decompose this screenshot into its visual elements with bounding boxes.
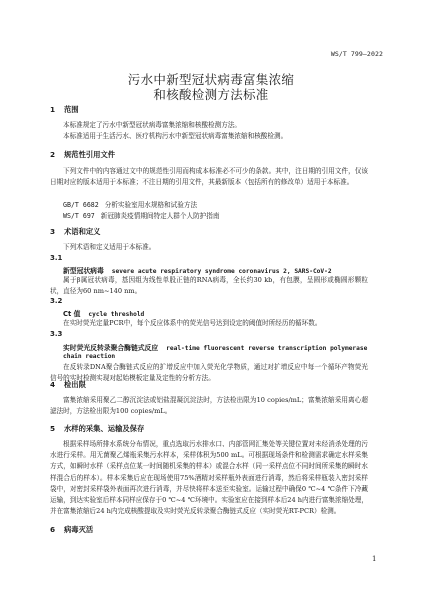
clause-number: 3.3 — [50, 330, 62, 338]
term-english: severe acute respiratory syndrome corona… — [112, 268, 332, 275]
term-chinese: Ct 值 — [63, 310, 80, 318]
section-number: 1 — [50, 105, 64, 114]
term-entry: 实时荧光反转录聚合酶链式反应real-time fluorescent reve… — [63, 342, 367, 352]
section-title: 规范性引用文件 — [64, 150, 115, 159]
section-number: 4 — [50, 380, 64, 389]
reference-title: 新冠肺炎疫情期间特定人群个人防护指南 — [101, 212, 220, 220]
document-title-line-2: 和核酸检测方法标准 — [0, 85, 422, 103]
document-page: WS/T 799—2022 污水中新型冠状病毒富集浓缩 和核酸检测方法标准 1范… — [0, 0, 422, 596]
term-english: real-time fluorescent reverse transcript… — [166, 345, 367, 352]
reference-item: GB/T 6682分析实验室用水规格和试验方法 — [63, 199, 197, 209]
reference-item: WS/T 697新冠肺炎疫情期间特定人群个人防护指南 — [63, 210, 219, 220]
term-entry: 新型冠状病毒severe acute respiratory syndrome … — [63, 265, 332, 275]
section-number: 3 — [50, 227, 64, 236]
term-chinese: 实时荧光反转录聚合酶链式反应 — [63, 344, 158, 352]
section-number: 5 — [50, 424, 64, 433]
section-number: 2 — [50, 150, 64, 159]
section-title: 检出限 — [64, 380, 86, 389]
section-5-paragraph: 根据采样场所排水系统分布情况，重点选取污水排水口、内部管网汇集处等关键位置对未经… — [50, 439, 368, 517]
section-6-heading: 6病毒灭活 — [50, 525, 93, 535]
section-title: 范围 — [64, 105, 79, 114]
section-1-paragraph-2: 本标准适用于生活污水、医疗机构污水中新型冠状病毒富集浓缩和核酸检测。 — [50, 131, 368, 142]
reference-title: 分析实验室用水规格和试验方法 — [105, 201, 197, 209]
standard-code: WS/T 799—2022 — [331, 50, 383, 58]
section-3-heading: 3术语和定义 — [50, 227, 100, 237]
term-chinese: 新型冠状病毒 — [63, 267, 104, 275]
term-entry: Ct 值cycle threshold — [63, 308, 144, 318]
section-title: 水样的采集、运输及保存 — [64, 424, 144, 433]
section-2-paragraph: 下列文件中的内容通过文中的规范性引用而构成本标准必不可少的条款。其中，注日期的引… — [50, 166, 368, 188]
section-1-paragraph-1: 本标准规定了污水中新型冠状病毒富集浓缩和核酸检测方法。 — [50, 120, 368, 131]
clause-number: 3.1 — [50, 254, 62, 262]
term-definition: 属于β属冠状病毒，基因组为线性单股正链的RNA病毒，全长约30 kb，有包膜，呈… — [50, 275, 368, 297]
reference-code: GB/T 6682 — [63, 201, 99, 209]
section-number: 6 — [50, 525, 64, 534]
term-english-continued: chain reaction — [63, 353, 115, 360]
section-4-paragraph: 富集浓缩采用聚乙二醇沉淀法或铝盐混凝沉淀法时，方法检出限为10 copies/m… — [50, 395, 368, 417]
section-1-heading: 1范围 — [50, 105, 79, 115]
section-title: 病毒灭活 — [64, 525, 93, 534]
section-title: 术语和定义 — [64, 227, 100, 236]
page-number: 1 — [372, 555, 376, 563]
section-4-heading: 4检出限 — [50, 380, 86, 390]
section-3-intro: 下列术语和定义适用于本标准。 — [50, 242, 368, 253]
section-2-heading: 2规范性引用文件 — [50, 150, 115, 160]
term-definition: 在反转录DNA聚合酶链式反应的扩增反应中加入荧光化学物质，通过对扩增反应中每一个… — [50, 362, 368, 384]
reference-code: WS/T 697 — [63, 212, 95, 220]
section-5-heading: 5水样的采集、运输及保存 — [50, 424, 144, 434]
clause-number: 3.2 — [50, 297, 62, 305]
term-english: cycle threshold — [88, 311, 144, 318]
term-definition: 在实时荧光定量PCR中，每个反应体系中的荧光信号达到设定的阈值时所经历的循环数。 — [50, 318, 368, 329]
